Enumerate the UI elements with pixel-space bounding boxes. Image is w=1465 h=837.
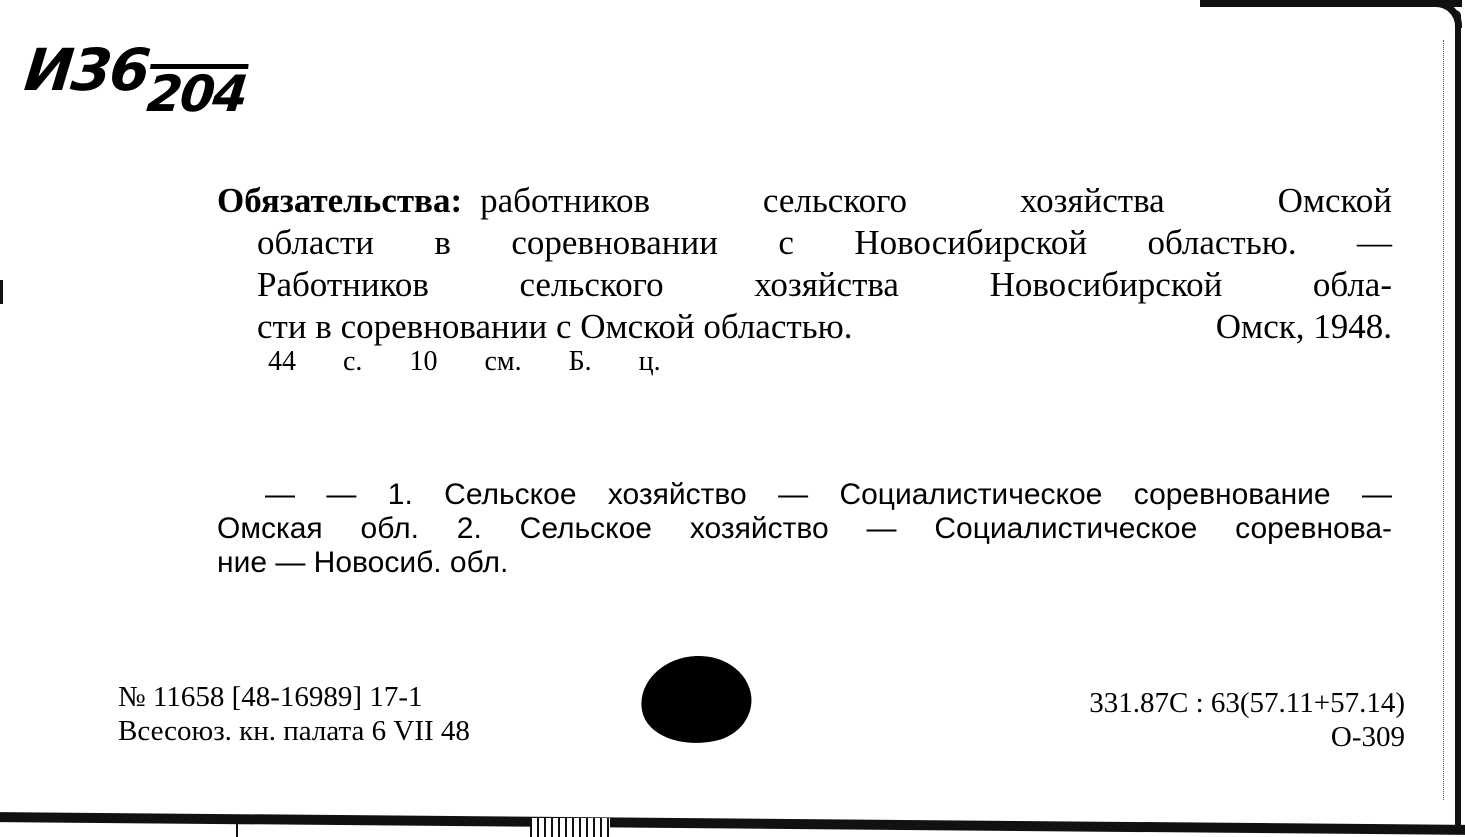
card-right-edge <box>1455 10 1461 825</box>
subject-line-text: ние — Новосиб. обл. <box>217 546 508 580</box>
subject-line-1: — — 1. Сельское хозяйство — Социалистиче… <box>217 478 1392 512</box>
description-line-3: Работников сельского хозяйства Новосибир… <box>217 264 1392 306</box>
page-count: 44 с. <box>268 346 362 377</box>
subject-line-2: Омская обл. 2. Сельское хозяйство — Соци… <box>217 512 1392 546</box>
subject-line-text: Омская обл. 2. Сельское хозяйство — Соци… <box>217 512 1392 546</box>
book-chamber-stamp: Всесоюз. кн. палата 6 VII 48 <box>118 714 470 748</box>
card-bottom-edge <box>0 812 1465 835</box>
call-number-main: И36 <box>21 36 151 104</box>
scan-mark <box>530 818 610 837</box>
description-line-text: работников сельского хозяйства Омской <box>480 180 1392 222</box>
ink-blot <box>633 646 759 755</box>
card-top-edge <box>1200 0 1462 7</box>
description-line-1: Обязательства: работников сельского хозя… <box>217 180 1392 222</box>
description-text: работников сельского хозяйства Омской <box>480 180 1392 222</box>
catalog-card: И36 204 Обязательства: работников сельск… <box>0 0 1465 837</box>
description-line-text: сти в соревновании с Омской областью. <box>257 306 853 348</box>
classification-info: 331.87C : 63(57.11+57.14) О-309 <box>1089 686 1405 754</box>
description-line-2: области в соревновании с Новосибирской о… <box>217 222 1392 264</box>
scan-mark <box>0 280 3 304</box>
physical-description: 44 с. 10 см. Б. ц. <box>268 346 661 378</box>
subject-headings: — — 1. Сельское хозяйство — Социалистиче… <box>217 478 1392 580</box>
subject-line-3: ние — Новосиб. обл. <box>217 546 1392 580</box>
entry-heading: Обязательства: <box>217 180 462 222</box>
description-line-text: области в соревновании с Новосибирской о… <box>257 222 1392 264</box>
registration-info: № 11658 [48-16989] 17-1 Всесоюз. кн. пал… <box>118 680 470 748</box>
card-dotted-margin <box>1443 40 1444 800</box>
author-mark: О-309 <box>1089 720 1405 754</box>
subject-line-text: — — 1. Сельское хозяйство — Социалистиче… <box>265 478 1392 512</box>
publication-place-year: Омск, 1948. <box>1216 306 1392 348</box>
card-size: 10 см. <box>409 346 521 377</box>
description-line-text: Работников сельского хозяйства Новосибир… <box>257 264 1392 306</box>
price: Б. ц. <box>569 346 661 377</box>
classification-index: 331.87C : 63(57.11+57.14) <box>1089 686 1405 720</box>
scan-mark <box>236 818 238 837</box>
bibliographic-description: Обязательства: работников сельского хозя… <box>217 180 1392 348</box>
description-line-4: сти в соревновании с Омской областью. Ом… <box>217 306 1392 348</box>
call-number: И36 204 <box>21 36 151 104</box>
record-number: № 11658 [48-16989] 17-1 <box>118 680 470 714</box>
call-number-sub: 204 <box>145 64 249 119</box>
